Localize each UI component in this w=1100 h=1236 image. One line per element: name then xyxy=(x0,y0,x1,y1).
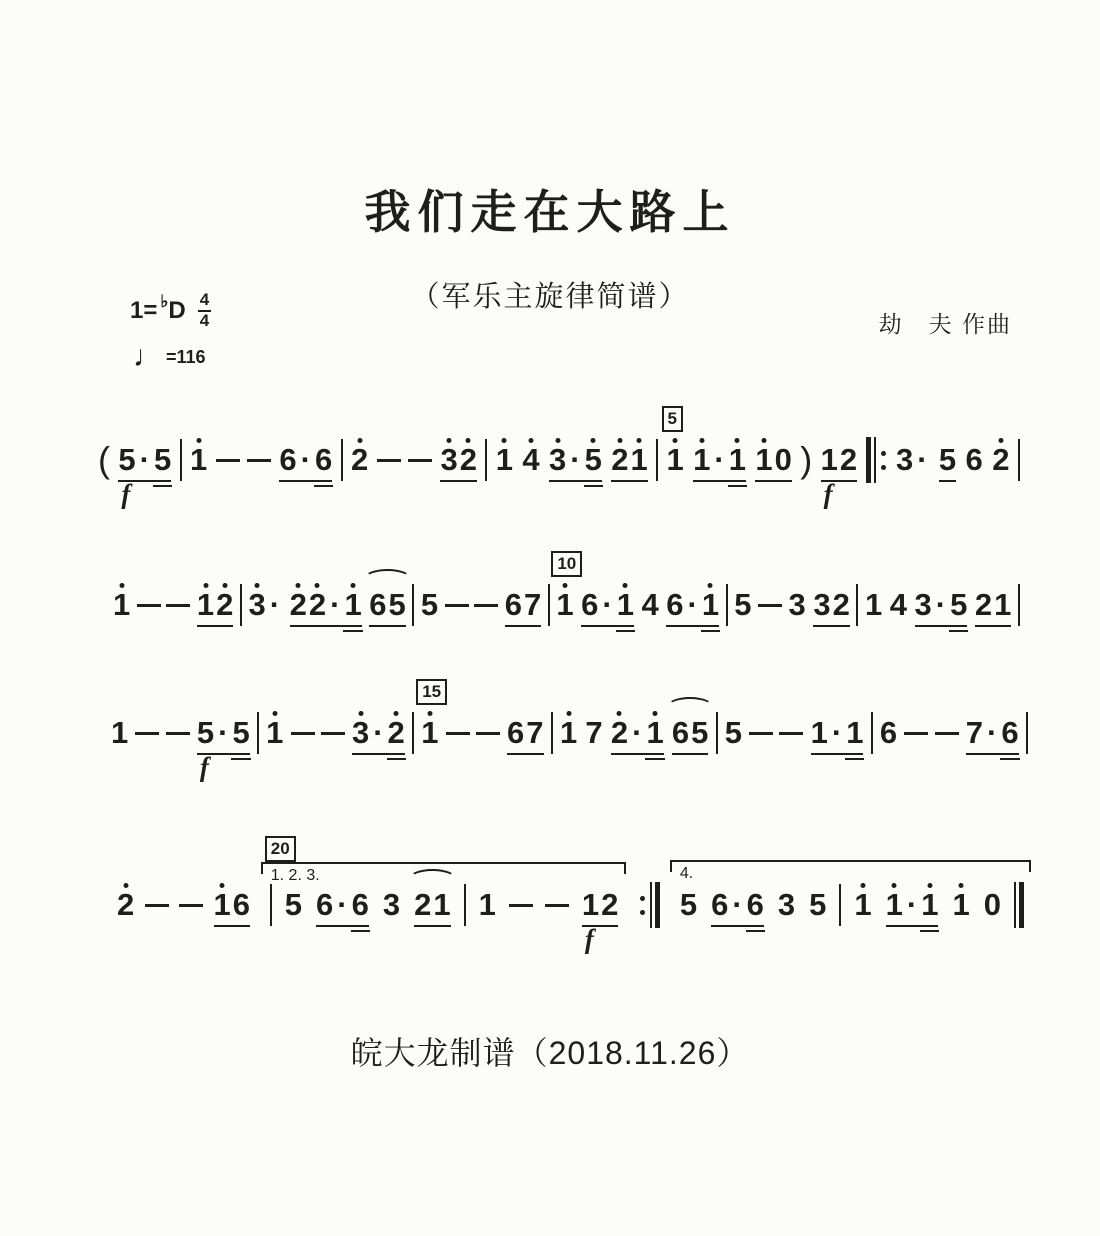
beam-line xyxy=(645,758,664,761)
note-group: 32 xyxy=(439,442,478,478)
note: 6 xyxy=(580,587,599,623)
barline xyxy=(656,439,658,481)
note-group: 5 xyxy=(938,442,957,478)
note: 1 xyxy=(754,442,773,478)
octave-dot xyxy=(427,711,432,716)
note: 5 xyxy=(733,587,752,623)
octave-dot xyxy=(699,438,704,443)
barline-stroke xyxy=(180,439,182,481)
parenthesis: ( xyxy=(98,442,110,478)
barline xyxy=(412,584,414,626)
note: 2 xyxy=(289,587,308,623)
octave-dot xyxy=(296,583,301,588)
barline xyxy=(1018,439,1020,481)
volta-bracket-line xyxy=(670,860,1031,872)
augmentation-dot: · xyxy=(599,587,615,623)
octave-dot xyxy=(673,438,678,443)
augmentation-dot: · xyxy=(298,442,314,478)
beam-line xyxy=(1000,758,1019,761)
note: 5 xyxy=(153,442,172,478)
note-group: 1 xyxy=(559,715,578,751)
note-group: 1 xyxy=(112,587,131,623)
measure-number: 20 xyxy=(265,836,296,862)
note: 5 xyxy=(690,715,709,751)
note: 1 xyxy=(581,887,600,923)
measure-number: 15 xyxy=(416,679,447,705)
note: 6 xyxy=(368,587,387,623)
dash-note xyxy=(291,732,315,735)
note-group: 10 xyxy=(754,442,793,478)
barline xyxy=(548,584,550,626)
note: 5 xyxy=(420,587,439,623)
beam-line xyxy=(549,480,602,483)
beam-line xyxy=(693,480,746,483)
note: 2 xyxy=(600,887,619,923)
note: 6 xyxy=(1000,715,1019,751)
note-group: 1 xyxy=(265,715,284,751)
note-group: 16 xyxy=(213,887,252,923)
note-group: 4 xyxy=(889,587,908,623)
dash-note xyxy=(135,732,159,735)
note-group: 110 xyxy=(555,587,574,623)
beam-line xyxy=(672,753,709,756)
note: 2 xyxy=(610,715,629,751)
beam-line xyxy=(811,753,864,756)
barline-stroke xyxy=(548,584,550,626)
note-group: 5 xyxy=(679,887,698,923)
note: 3 xyxy=(812,587,831,623)
slur-arc xyxy=(667,697,714,716)
octave-dot xyxy=(315,583,320,588)
barline xyxy=(180,439,182,481)
key-signature: 1=♭D 4 4 xyxy=(130,291,211,330)
volta-bracket: 1. 2. 3.2056·6321112f xyxy=(261,884,629,926)
flat-icon: ♭ xyxy=(160,292,168,312)
note: 1 xyxy=(112,587,131,623)
beam-line xyxy=(755,480,792,483)
beam-line xyxy=(387,758,406,761)
barline-stroke xyxy=(485,439,487,481)
octave-dot xyxy=(959,883,964,888)
volta-label: 4. xyxy=(680,865,693,883)
beam-line xyxy=(975,625,1012,628)
barline xyxy=(1026,712,1028,754)
note-group: 5 xyxy=(284,887,303,923)
beam-line xyxy=(279,480,332,483)
dash-note xyxy=(446,732,470,735)
barline xyxy=(341,439,343,481)
note: 1 xyxy=(864,587,883,623)
octave-dot xyxy=(998,438,1003,443)
slur-arc xyxy=(364,569,411,588)
barline xyxy=(551,712,553,754)
beam-line xyxy=(886,925,939,928)
barline xyxy=(270,884,272,926)
note: 1 xyxy=(616,587,635,623)
tempo-marking: ♩ =116 xyxy=(133,342,206,372)
barline-stroke xyxy=(341,439,343,481)
note-group: 5·5f xyxy=(117,442,172,478)
note: 5 xyxy=(724,715,743,751)
final-barline xyxy=(1014,882,1024,928)
note-group: 6 xyxy=(879,715,898,751)
note-group: 6 xyxy=(965,442,984,478)
note: 7 xyxy=(584,715,603,751)
repeat-dots xyxy=(640,896,645,915)
dash-note xyxy=(935,732,959,735)
note: 4 xyxy=(640,587,659,623)
beam-line xyxy=(369,625,406,628)
barline-stroke xyxy=(871,712,873,754)
note-group: 5 xyxy=(420,587,439,623)
note: 2 xyxy=(832,587,851,623)
beam-line xyxy=(845,758,864,761)
dash-note xyxy=(137,604,161,607)
dynamic-f: f xyxy=(824,481,833,508)
composer-credit: 劫 夫 作曲 xyxy=(879,306,1012,339)
dash-note xyxy=(904,732,928,735)
barline-stroke xyxy=(716,712,718,754)
octave-dot xyxy=(272,711,277,716)
octave-dot xyxy=(447,438,452,443)
barline-stroke xyxy=(1019,882,1024,928)
dash-note xyxy=(166,732,190,735)
note-group: 5 xyxy=(733,587,752,623)
octave-dot xyxy=(591,438,596,443)
note: 1 xyxy=(110,715,129,751)
note: 1 xyxy=(432,887,451,923)
note: 2 xyxy=(350,442,369,478)
song-title: 我们走在大路上 xyxy=(0,176,1100,242)
beam-line xyxy=(711,925,764,928)
note: 6 xyxy=(665,587,684,623)
note: 0 xyxy=(774,442,793,478)
barline-stroke xyxy=(240,584,242,626)
note-group: 1·1 xyxy=(810,715,865,751)
note-group: 12f xyxy=(581,887,620,923)
dash-note xyxy=(779,732,803,735)
note: 2 xyxy=(459,442,478,478)
beam-line xyxy=(666,625,719,628)
note: 2 xyxy=(308,587,327,623)
dynamic-f: f xyxy=(121,481,130,508)
note-group: 1 xyxy=(110,715,129,751)
note: 1 xyxy=(666,442,685,478)
note-group: 65 xyxy=(368,587,407,623)
octave-dot xyxy=(735,438,740,443)
note-group: 67 xyxy=(504,587,543,623)
octave-dot xyxy=(566,711,571,716)
note-group: 15 xyxy=(666,442,685,478)
note: 2 xyxy=(974,587,993,623)
note: 1 xyxy=(645,715,664,751)
note: 5 xyxy=(938,442,957,478)
note: 2 xyxy=(839,442,858,478)
note-group: 3 xyxy=(382,887,401,923)
note: 3 xyxy=(895,442,914,478)
augmentation-dot: · xyxy=(567,442,583,478)
note: 1 xyxy=(692,442,711,478)
augmentation-dot: · xyxy=(984,715,1000,751)
barline xyxy=(871,712,873,754)
beam-line xyxy=(314,485,333,488)
beam-line xyxy=(616,630,635,633)
augmentation-dot: · xyxy=(629,715,645,751)
note: 3 xyxy=(439,442,458,478)
note-group: 1·1 xyxy=(885,887,940,923)
augmentation-dot: · xyxy=(334,887,350,923)
beam-line xyxy=(316,925,369,928)
barline-stroke xyxy=(726,584,728,626)
note: 3 xyxy=(914,587,933,623)
barline xyxy=(485,439,487,481)
octave-dot xyxy=(653,711,658,716)
barline-stroke xyxy=(1014,882,1016,928)
note: 1 xyxy=(559,715,578,751)
note: 5 xyxy=(584,442,603,478)
barline xyxy=(726,584,728,626)
octave-dot xyxy=(927,883,932,888)
beam-line xyxy=(813,625,850,628)
note-group: 4 xyxy=(521,442,540,478)
octave-dot xyxy=(892,883,897,888)
volta-bracket: 4.56·63511·110 xyxy=(670,882,1033,928)
octave-dot xyxy=(861,883,866,888)
beam-line xyxy=(507,753,544,756)
note-group: 2 xyxy=(350,442,369,478)
barline xyxy=(1018,584,1020,626)
dash-note xyxy=(476,732,500,735)
octave-dot xyxy=(762,438,767,443)
sheet-music-page: 我们走在大路上 （军乐主旋律简谱） 劫 夫 作曲 1=♭D 4 4 ♩ =116… xyxy=(0,0,1100,1236)
barline-stroke xyxy=(655,882,660,928)
note-group: 5 xyxy=(808,887,827,923)
slur-arc xyxy=(409,869,456,888)
note: 1 xyxy=(920,887,939,923)
note-group: 21 xyxy=(974,587,1013,623)
note-group: 67 xyxy=(506,715,545,751)
arranger-credit: 皖大龙制谱（2018.11.26） xyxy=(0,1028,1100,1074)
time-signature-top: 4 xyxy=(198,291,211,312)
note-group: 22·1 xyxy=(289,587,363,623)
note-group: 3 xyxy=(788,587,807,623)
beam-line xyxy=(214,925,251,928)
augmentation-dot: · xyxy=(267,587,283,623)
score-line-2: 1123·22·1655671106·146·15332143·521 xyxy=(112,577,1020,633)
note: 3 xyxy=(382,887,401,923)
note: 5 xyxy=(284,887,303,923)
note: 6 xyxy=(671,715,690,751)
note: 3 xyxy=(247,587,266,623)
note: 3 xyxy=(351,715,370,751)
note: 4 xyxy=(889,587,908,623)
repeat-dots xyxy=(881,451,886,470)
note: 6 xyxy=(278,442,297,478)
barline-stroke xyxy=(1018,584,1020,626)
note-group: 115 xyxy=(420,715,439,751)
augmentation-dot: · xyxy=(729,887,745,923)
beam-line xyxy=(351,930,370,933)
dash-note xyxy=(408,459,432,462)
note: 6 xyxy=(965,442,984,478)
note-group: 1 xyxy=(853,887,872,923)
barline xyxy=(240,584,242,626)
note: 1 xyxy=(189,442,208,478)
note: 1 xyxy=(845,715,864,751)
note-group: 12f xyxy=(820,442,859,478)
octave-dot xyxy=(617,711,622,716)
octave-dot xyxy=(119,583,124,588)
note: 1 xyxy=(820,442,839,478)
octave-dot xyxy=(222,583,227,588)
barline-stroke xyxy=(412,712,414,754)
key-prefix: 1= xyxy=(130,297,157,325)
note: 6 xyxy=(504,587,523,623)
augmentation-dot: · xyxy=(914,442,930,478)
beam-line xyxy=(440,480,477,483)
augmentation-dot: · xyxy=(327,587,343,623)
note: 1 xyxy=(810,715,829,751)
augmentation-dot: · xyxy=(370,715,386,751)
note: 6 xyxy=(506,715,525,751)
barline-stroke xyxy=(650,882,652,928)
note-group: 32 xyxy=(812,587,851,623)
note: 3 xyxy=(777,887,796,923)
note-group: 2 xyxy=(116,887,135,923)
note-group: 3·5 xyxy=(548,442,603,478)
note: 2 xyxy=(991,442,1010,478)
note-group: 7·6 xyxy=(965,715,1020,751)
note: 1 xyxy=(196,587,215,623)
note: 7 xyxy=(525,715,544,751)
octave-dot xyxy=(203,583,208,588)
note: 6 xyxy=(710,887,729,923)
octave-dot xyxy=(708,583,713,588)
augmentation-dot: · xyxy=(685,587,701,623)
octave-dot xyxy=(357,438,362,443)
note: 4 xyxy=(521,442,540,478)
dynamic-f: f xyxy=(585,926,594,953)
barline-stroke xyxy=(856,584,858,626)
note: 1 xyxy=(478,887,497,923)
beam-line xyxy=(728,485,747,488)
note-group: 1 xyxy=(864,587,883,623)
beam-line xyxy=(197,625,234,628)
augmentation-dot: · xyxy=(933,587,949,623)
beam-line xyxy=(611,480,648,483)
measure-number: 10 xyxy=(551,551,582,577)
dash-note xyxy=(749,732,773,735)
octave-dot xyxy=(466,438,471,443)
octave-dot xyxy=(637,438,642,443)
octave-dot xyxy=(358,711,363,716)
dash-note xyxy=(179,904,203,907)
note: 1 xyxy=(265,715,284,751)
note: 1 xyxy=(343,587,362,623)
note: 1 xyxy=(853,887,872,923)
note-group: 3· xyxy=(247,587,283,623)
note-group: 7 xyxy=(584,715,603,751)
octave-dot xyxy=(196,438,201,443)
beam-line xyxy=(414,925,451,928)
barline xyxy=(257,712,259,754)
note-group: 3 xyxy=(777,887,796,923)
barline-stroke xyxy=(656,439,658,481)
beam-line xyxy=(505,625,542,628)
barline xyxy=(464,884,466,926)
note-group: 1 xyxy=(951,887,970,923)
note-group: 3·5 xyxy=(914,587,969,623)
dash-note xyxy=(509,904,533,907)
note-group: 65 xyxy=(671,715,710,751)
note: 6 xyxy=(315,887,334,923)
score-line-4: 2161. 2. 3.2056·6321112f4.56·63511·110 xyxy=(116,877,1033,933)
beam-line xyxy=(153,485,172,488)
barline xyxy=(856,584,858,626)
barline-stroke xyxy=(270,884,272,926)
note: 5 xyxy=(117,442,136,478)
dash-note xyxy=(445,604,469,607)
note: 2 xyxy=(413,887,432,923)
time-signature-bottom: 4 xyxy=(198,312,211,331)
dash-note xyxy=(247,459,271,462)
note: 6 xyxy=(746,887,765,923)
note: 6 xyxy=(351,887,370,923)
beam-line xyxy=(939,480,956,483)
note-group: 6·1 xyxy=(665,587,720,623)
note-group: 6·6 xyxy=(315,887,370,923)
barline xyxy=(716,712,718,754)
barline-stroke xyxy=(551,712,553,754)
note-group: 0 xyxy=(983,887,1002,923)
note-group: 1 xyxy=(189,442,208,478)
beam-line xyxy=(290,625,362,628)
note-group: 4 xyxy=(640,587,659,623)
beam-line xyxy=(746,930,765,933)
note: 1 xyxy=(701,587,720,623)
beam-line xyxy=(584,485,603,488)
octave-dot xyxy=(529,438,534,443)
dash-note xyxy=(474,604,498,607)
note: 6 xyxy=(314,442,333,478)
barline-stroke xyxy=(839,884,841,926)
octave-dot xyxy=(255,583,260,588)
note: 5 xyxy=(808,887,827,923)
note-group: 6·6 xyxy=(710,887,765,923)
octave-dot xyxy=(394,711,399,716)
note: 2 xyxy=(387,715,406,751)
dash-note xyxy=(377,459,401,462)
note: 5 xyxy=(679,887,698,923)
barline-stroke xyxy=(874,437,876,483)
measure-number: 5 xyxy=(662,406,683,432)
beam-line xyxy=(581,625,634,628)
note: 1 xyxy=(420,715,439,751)
key-letter: D xyxy=(168,297,185,325)
note: 2 xyxy=(116,887,135,923)
note-group: 2·1 xyxy=(610,715,665,751)
barline xyxy=(412,712,414,754)
note: 1 xyxy=(951,887,970,923)
note-group: 12 xyxy=(196,587,235,623)
note-group: 2 xyxy=(991,442,1010,478)
augmentation-dot: · xyxy=(904,887,920,923)
barline-stroke xyxy=(1026,712,1028,754)
note: 7 xyxy=(965,715,984,751)
tempo-value: =116 xyxy=(166,347,206,368)
dynamic-f: f xyxy=(200,754,209,781)
dash-note xyxy=(145,904,169,907)
